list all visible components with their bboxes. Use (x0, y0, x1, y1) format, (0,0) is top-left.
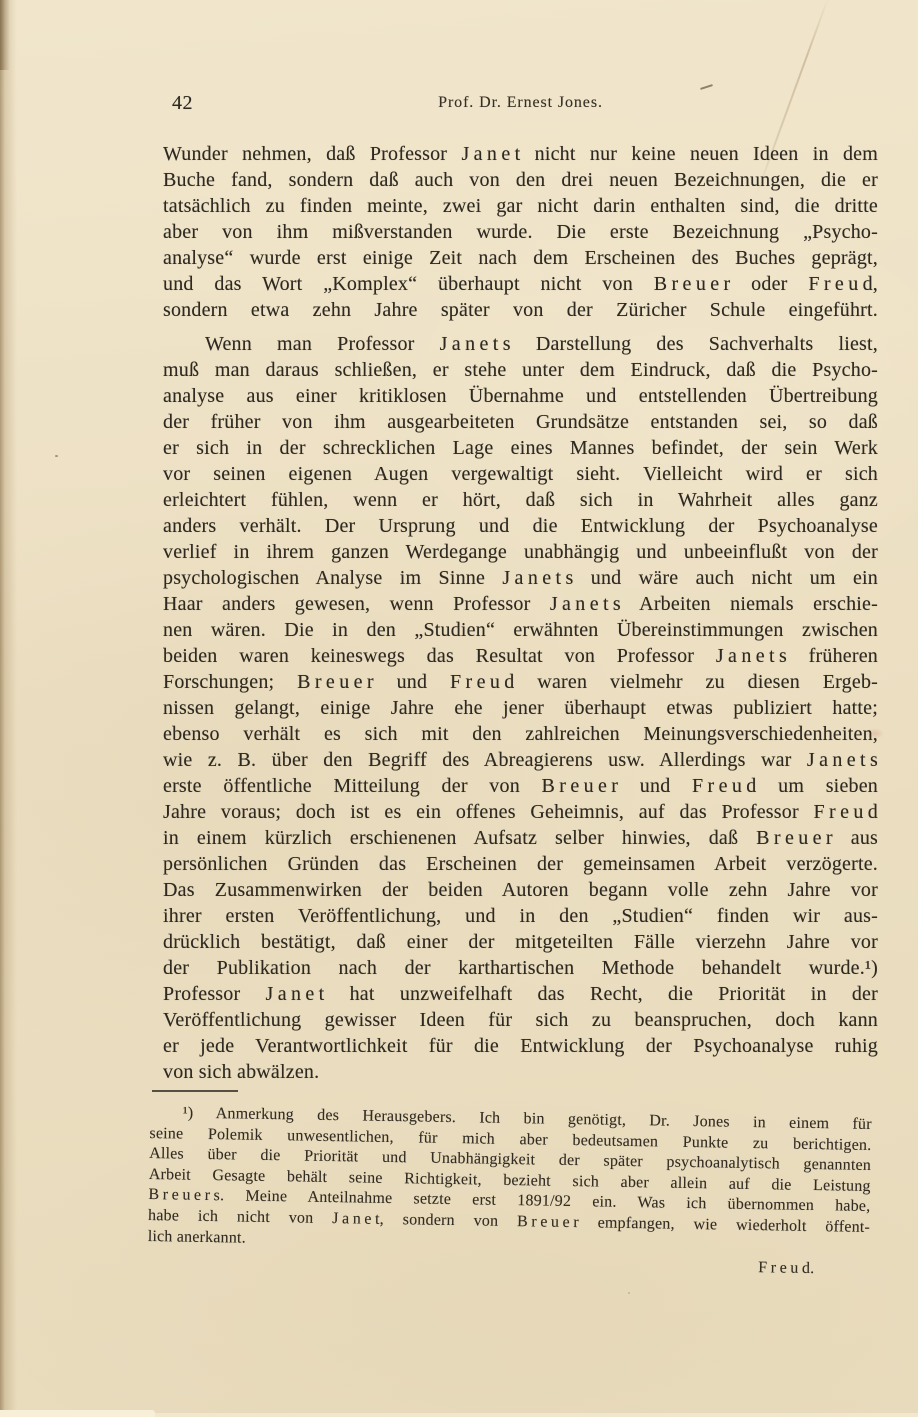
text-line: Jahre voraus; doch ist es ein offenes Ge… (163, 799, 878, 825)
text-line: er jede Verantwortlichkeit für die Entwi… (163, 1033, 878, 1059)
text-line: Haar anders gewesen, wenn Professor J a … (163, 591, 878, 617)
text-line: Forschungen; B r e u e r und F r e u d w… (163, 669, 878, 695)
text-line: tatsächlich zu finden meinte, zwei gar n… (163, 193, 878, 219)
text-line: Veröffentlichung gewisser Ideen für sich… (163, 1007, 878, 1033)
text-line: der früher von ihm ausgearbeiteten Grund… (163, 409, 878, 435)
text-line: persönlichen Gründen das Erscheinen der … (163, 851, 878, 877)
text-line: erleichtert fühlen, wenn er hört, daß si… (163, 487, 878, 513)
paper-speck (55, 455, 58, 457)
text-line: beiden waren keineswegs das Resultat von… (163, 643, 878, 669)
footnote-rule (152, 1090, 238, 1092)
text-line: von sich abwälzen. (163, 1059, 878, 1085)
footnote-text: ¹) Anmerkung des Herausgebers. Ich bin g… (148, 1103, 872, 1259)
text-line: nen wären. Die in den „Studien“ erwähnte… (163, 617, 878, 643)
text-line: Buche fand, sondern daß auch von den dre… (163, 167, 878, 193)
paragraph-2: Wenn man Professor J a n e t s Darstellu… (163, 331, 878, 1085)
page-edge-shadow (0, 0, 18, 1417)
text-line: aber von ihm mißverstanden wurde. Die er… (163, 219, 878, 245)
book-page: 42 Prof. Dr. Ernest Jones. Wunder nehmen… (0, 0, 918, 1417)
text-line: in einem kürzlich erschienenen Aufsatz s… (163, 825, 878, 851)
text-line: analyse aus einer kritiklosen Übernahme … (163, 383, 878, 409)
text-line: und das Wort „Komplex“ überhaupt nicht v… (163, 271, 878, 297)
text-line: ebenso verhält es sich mit den zahlreich… (163, 721, 878, 747)
text-line: anders verhält. Der Ursprung und die Ent… (163, 513, 878, 539)
pen-mark (700, 84, 713, 90)
text-line: Das Zusammenwirken der beiden Autoren be… (163, 877, 878, 903)
text-line: ihrer ersten Veröffentlichung, und in de… (163, 903, 878, 929)
page-corner-shadow (0, 0, 10, 70)
footnote: ¹) Anmerkung des Herausgebers. Ich bin g… (147, 1103, 872, 1280)
text-line: Professor J a n e t hat unzweifelhaft da… (163, 981, 878, 1007)
text-line: muß man daraus schließen, er stehe unter… (163, 357, 878, 383)
text-line: verlief in ihrem ganzen Werdegange unabh… (163, 539, 878, 565)
text-line: analyse“ wurde erst einige Zeit nach dem… (163, 245, 878, 271)
text-line: psychologischen Analyse im Sinne J a n e… (163, 565, 878, 591)
text-line: der Publikation nach der karthartischen … (163, 955, 878, 981)
text-line: erste öffentliche Mitteilung der von B r… (163, 773, 878, 799)
text-line: nissen gelangt, einige Jahre ehe jener ü… (163, 695, 878, 721)
text-line: Wunder nehmen, daß Professor J a n e t n… (163, 141, 878, 167)
text-line: drücklich bestätigt, daß einer der mitge… (163, 929, 878, 955)
text-line: er sich in der schrecklichen Lage eines … (163, 435, 878, 461)
text-line: sondern etwa zehn Jahre später von der Z… (163, 297, 878, 323)
text-line: wie z. B. über den Begriff des Abreagier… (163, 747, 878, 773)
bottom-edge-highlight (0, 1410, 155, 1417)
paragraph-1: Wunder nehmen, daß Professor J a n e t n… (163, 141, 878, 323)
page-body: Wunder nehmen, daß Professor J a n e t n… (163, 141, 878, 1085)
running-header: Prof. Dr. Ernest Jones. (163, 94, 878, 112)
text-line: Wenn man Professor J a n e t s Darstellu… (163, 331, 878, 357)
paper-speck (628, 1292, 630, 1294)
text-line: vor seinen eigenen Augen vergewaltigt si… (163, 461, 878, 487)
